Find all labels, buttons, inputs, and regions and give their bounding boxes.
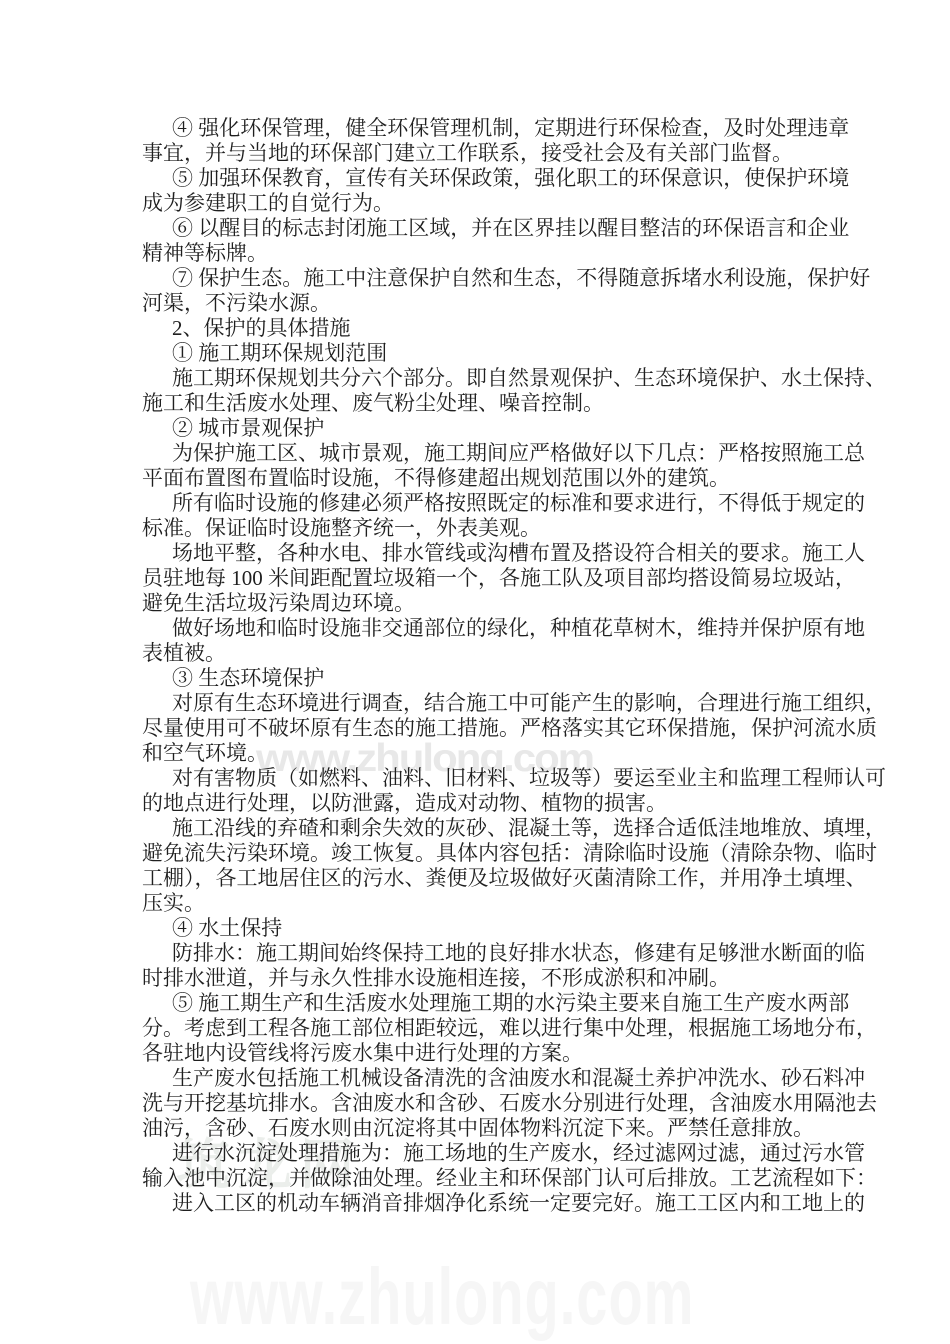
text-line: 防排水：施工期间始终保持工地的良好排水状态，修建有足够泄水断面的临 (142, 941, 842, 966)
text-line: 进行水沉淀处理措施为：施工场地的生产废水，经过滤网过滤，通过污水管 (142, 1141, 842, 1166)
text-line: 尽量使用可不破坏原有生态的施工措施。严格落实其它环保措施，保护河流水质 (142, 716, 842, 741)
text-line: 和空气环境。 (142, 741, 842, 766)
text-line: ② 城市景观保护 (142, 416, 842, 441)
text-line: 避免生活垃圾污染周边环境。 (142, 591, 842, 616)
text-line: 的地点进行处理，以防泄露，造成对动物、植物的损害。 (142, 791, 842, 816)
text-line: 为保护施工区、城市景观，施工期间应严格做好以下几点：严格按照施工总 (142, 441, 842, 466)
text-line: ④ 强化环保管理，健全环保管理机制，定期进行环保检查，及时处理违章 (142, 116, 842, 141)
text-line: 事宜，并与当地的环保部门建立工作联系，接受社会及有关部门监督。 (142, 141, 842, 166)
watermark-bottom: www.zhulong.com (190, 1250, 694, 1342)
text-line: 表植被。 (142, 641, 842, 666)
text-line: 做好场地和临时设施非交通部位的绿化，种植花草树木，维持并保护原有地 (142, 616, 842, 641)
document-body: ④ 强化环保管理，健全环保管理机制，定期进行环保检查，及时处理违章事宜，并与当地… (142, 116, 842, 1216)
text-line: 对有害物质（如燃料、油料、旧材料、垃圾等）要运至业主和监理工程师认可 (142, 766, 842, 791)
text-line: 2、保护的具体措施 (142, 316, 842, 341)
text-line: 所有临时设施的修建必须严格按照既定的标准和要求进行，不得低于规定的 (142, 491, 842, 516)
text-line: 标准。保证临时设施整齐统一，外表美观。 (142, 516, 842, 541)
text-line: 施工沿线的弃碴和剩余失效的灰砂、混凝土等，选择合适低洼地堆放、填埋， (142, 816, 842, 841)
text-line: 分。考虑到工程各施工部位相距较远，难以进行集中处理，根据施工场地分布， (142, 1016, 842, 1041)
text-line: 避免流失污染环境。竣工恢复。具体内容包括：清除临时设施（清除杂物、临时 (142, 841, 842, 866)
text-line: 对原有生态环境进行调查，结合施工中可能产生的影响，合理进行施工组织， (142, 691, 842, 716)
document-page: www.zhulong.com 筑龙网 www.zhulong.com ④ 强化… (0, 0, 950, 1344)
text-line: 时排水泄道，并与永久性排水设施相连接，不形成淤积和冲刷。 (142, 966, 842, 991)
text-line: 各驻地内设管线将污废水集中进行处理的方案。 (142, 1041, 842, 1066)
text-line: 压实。 (142, 891, 842, 916)
text-line: 成为参建职工的自觉行为。 (142, 191, 842, 216)
text-line: 油污，含砂、石废水则由沉淀将其中固体物料沉淀下来。严禁任意排放。 (142, 1116, 842, 1141)
text-line: ⑤ 施工期生产和生活废水处理施工期的水污染主要来自施工生产废水两部 (142, 991, 842, 1016)
text-line: ③ 生态环境保护 (142, 666, 842, 691)
text-line: 员驻地每 100 米间距配置垃圾箱一个，各施工队及项目部均搭设简易垃圾站， (142, 566, 842, 591)
text-line: 平面布置图布置临时设施，不得修建超出规划范围以外的建筑。 (142, 466, 842, 491)
text-line: 工棚），各工地居住区的污水、粪便及垃圾做好灭菌清除工作，并用净土填埋、 (142, 866, 842, 891)
text-line: 进入工区的机动车辆消音排烟净化系统一定要完好。施工工区内和工地上的 (142, 1191, 842, 1216)
text-line: 施工期环保规划共分六个部分。即自然景观保护、生态环境保护、水土保持、 (142, 366, 842, 391)
text-line: ⑥ 以醒目的标志封闭施工区域，并在区界挂以醒目整洁的环保语言和企业 (142, 216, 842, 241)
text-line: ④ 水土保持 (142, 916, 842, 941)
text-line: 输入池中沉淀，并做除油处理。经业主和环保部门认可后排放。工艺流程如下： (142, 1166, 842, 1191)
text-line: ① 施工期环保规划范围 (142, 341, 842, 366)
text-line: 河渠，不污染水源。 (142, 291, 842, 316)
text-line: 施工和生活废水处理、废气粉尘处理、噪音控制。 (142, 391, 842, 416)
text-line: 洗与开挖基坑排水。含油废水和含砂、石废水分别进行处理，含油废水用隔池去 (142, 1091, 842, 1116)
text-line: 精神等标牌。 (142, 241, 842, 266)
text-line: ⑦ 保护生态。施工中注意保护自然和生态，不得随意拆堵水利设施，保护好 (142, 266, 842, 291)
text-line: 生产废水包括施工机械设备清洗的含油废水和混凝土养护冲洗水、砂石料冲 (142, 1066, 842, 1091)
text-line: ⑤ 加强环保教育，宣传有关环保政策，强化职工的环保意识，使保护环境 (142, 166, 842, 191)
text-line: 场地平整，各种水电、排水管线或沟槽布置及搭设符合相关的要求。施工人 (142, 541, 842, 566)
